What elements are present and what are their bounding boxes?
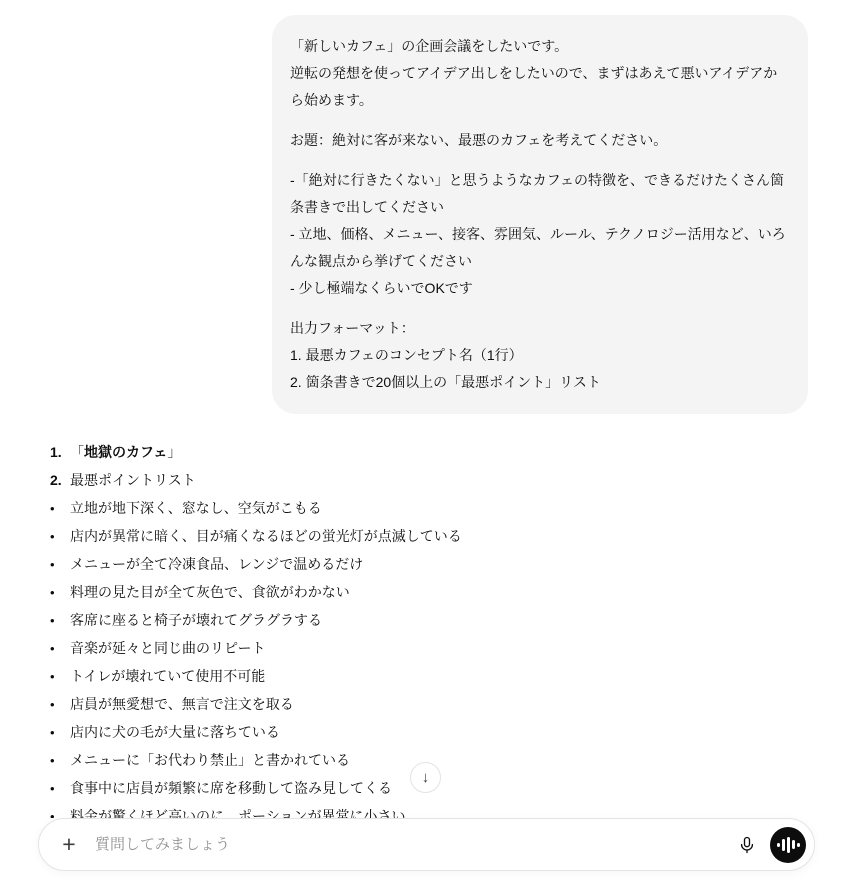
user-message-paragraphs: 「新しいカフェ」の企画会議をしたいです。 逆転の発想を使ってアイデア出しをしたい… bbox=[290, 33, 790, 396]
bullet-item-text: 食事中に店員が頻繁に席を移動して盗み見してくる bbox=[70, 778, 392, 798]
bullet-icon: • bbox=[50, 557, 70, 572]
bullet-icon: • bbox=[50, 585, 70, 600]
numbered-list: 1. 「地獄のカフェ」 2. 最悪ポイントリスト bbox=[50, 438, 780, 494]
bullet-icon: • bbox=[50, 501, 70, 516]
numbered-item-text: 最悪ポイントリスト bbox=[70, 470, 196, 490]
list-number: 2. bbox=[50, 472, 70, 488]
numbered-item: 1. 「地獄のカフェ」 bbox=[50, 438, 780, 466]
plus-icon: + bbox=[62, 831, 75, 858]
bullet-item: • 立地が地下深く、窓なし、空気がこもる bbox=[50, 494, 780, 522]
bullet-icon: • bbox=[50, 641, 70, 656]
bullet-item-text: 店内が異常に暗く、目が痛くなるほどの蛍光灯が点滅している bbox=[70, 526, 462, 546]
bullet-item-text: 客席に座ると椅子が壊れてグラグラする bbox=[70, 610, 322, 630]
bullet-icon: • bbox=[50, 725, 70, 740]
bullet-item-text: 店内に犬の毛が大量に落ちている bbox=[70, 722, 280, 742]
composer-area: + bbox=[0, 818, 842, 884]
bullet-item-text: 店員が無愛想で、無言で注文を取る bbox=[70, 694, 294, 714]
dictate-button[interactable] bbox=[730, 828, 764, 862]
arrow-down-icon: ↓ bbox=[422, 769, 430, 786]
bullet-item: • 料理の見た目が全て灰色で、食欲がわかない bbox=[50, 578, 780, 606]
bullet-item-text: メニューが全て冷凍食品、レンジで温めるだけ bbox=[70, 554, 363, 574]
user-message-paragraph: お題：絶対に客が来ない、最悪のカフェを考えてください。 bbox=[290, 127, 790, 154]
bullet-item: • 客席に座ると椅子が壊れてグラグラする bbox=[50, 606, 780, 634]
bullet-item: • メニューが全て冷凍食品、レンジで温めるだけ bbox=[50, 550, 780, 578]
bullet-icon: • bbox=[50, 697, 70, 712]
user-message-paragraph: 出力フォーマット： 1. 最悪カフェのコンセプト名（1行） 2. 箇条書きで20… bbox=[290, 315, 790, 396]
bullet-item: • 店員が無愛想で、無言で注文を取る bbox=[50, 690, 780, 718]
bullet-item: • 店内が異常に暗く、目が痛くなるほどの蛍光灯が点滅している bbox=[50, 522, 780, 550]
list-number: 1. bbox=[50, 444, 70, 460]
bullet-icon: • bbox=[50, 529, 70, 544]
bullet-item: • 店内に犬の毛が大量に落ちている bbox=[50, 718, 780, 746]
message-input[interactable] bbox=[93, 835, 730, 854]
microphone-icon bbox=[737, 835, 757, 855]
bullet-icon: • bbox=[50, 669, 70, 684]
attach-button[interactable]: + bbox=[53, 829, 85, 861]
user-message-paragraph: -「絶対に行きたくない」と思うようなカフェの特徴を、できるだけたくさん箇条書きで… bbox=[290, 167, 790, 302]
numbered-item-text: 「地獄のカフェ」 bbox=[70, 442, 181, 462]
bullet-icon: • bbox=[50, 781, 70, 796]
user-message-paragraph: 「新しいカフェ」の企画会議をしたいです。 逆転の発想を使ってアイデア出しをしたい… bbox=[290, 33, 790, 114]
numbered-item: 2. 最悪ポイントリスト bbox=[50, 466, 780, 494]
user-message-bubble: 「新しいカフェ」の企画会議をしたいです。 逆転の発想を使ってアイデア出しをしたい… bbox=[272, 15, 808, 414]
message-composer[interactable]: + bbox=[38, 818, 815, 871]
bullet-icon: • bbox=[50, 753, 70, 768]
bullet-item: • トイレが壊れていて使用不可能 bbox=[50, 662, 780, 690]
bullet-item-text: 料理の見た目が全て灰色で、食欲がわかない bbox=[70, 582, 350, 602]
bullet-item: • 音楽が延々と同じ曲のリピート bbox=[50, 634, 780, 662]
scroll-to-bottom-button[interactable]: ↓ bbox=[410, 762, 441, 793]
bullet-item-text: トイレが壊れていて使用不可能 bbox=[70, 666, 265, 686]
bullet-icon: • bbox=[50, 613, 70, 628]
bullet-item-text: メニューに「お代わり禁止」と書かれている bbox=[70, 750, 350, 770]
voice-waveform-icon bbox=[777, 837, 800, 853]
voice-mode-button[interactable] bbox=[770, 827, 806, 863]
bullet-item-text: 音楽が延々と同じ曲のリピート bbox=[70, 638, 265, 658]
bullet-item-text: 立地が地下深く、窓なし、空気がこもる bbox=[70, 498, 322, 518]
